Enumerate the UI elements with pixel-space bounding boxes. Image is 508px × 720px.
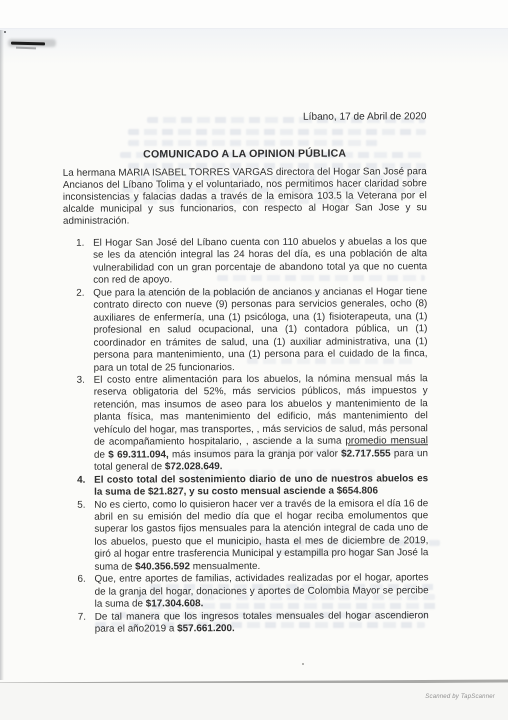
item-number: 6.	[78, 574, 95, 611]
dust-speck	[302, 663, 304, 665]
intro-paragraph: La hermana MARIA ISABEL TORRES VARGAS di…	[63, 166, 427, 228]
list-item: 2. Que para la atención de la población …	[76, 286, 427, 375]
item-text: De tal manera que los ingresos totales m…	[95, 610, 429, 636]
list-item: 1. El Hogar San José del Líbano cuenta c…	[76, 236, 427, 287]
paper-top-edge	[0, 0, 508, 29]
item-number: 7.	[78, 611, 95, 636]
item-number: 5.	[77, 499, 94, 574]
item-text: El costo entre alimentación para los abu…	[94, 373, 428, 474]
scan-background: Scanned by TapScanner	[0, 683, 508, 720]
paper-left-edge	[0, 30, 4, 680]
date-line: Líbano, 17 de Abril de 2020	[62, 111, 426, 124]
item-text: El Hogar San José del Líbano cuenta con …	[93, 236, 427, 287]
document-title: COMUNICADO A LA OPINION PÚBLICA	[63, 147, 427, 161]
list-item: 6. Que, entre aportes de familias, activ…	[78, 572, 429, 611]
item-text: El costo total del sostenimiento diario …	[94, 473, 428, 499]
item-number: 2.	[76, 288, 93, 375]
bleed-through-line	[128, 140, 378, 146]
ink-dot	[4, 31, 6, 33]
item-number: 4.	[77, 474, 94, 499]
scan-shading	[0, 28, 508, 64]
list-item: 4. El costo total del sostenimiento diar…	[77, 473, 428, 499]
item-text: Que para la atención de la población de …	[93, 286, 427, 375]
list-item: 7. De tal manera que los ingresos totale…	[78, 610, 429, 636]
item-text: No es cierto, como lo quisieron hacer ve…	[94, 498, 428, 574]
list-item: 5. No es cierto, como lo quisieron hacer…	[77, 498, 428, 574]
numbered-list: 1. El Hogar San José del Líbano cuenta c…	[76, 236, 429, 636]
item-number: 1.	[76, 238, 93, 288]
list-item: 3. El costo entre alimentación para los …	[77, 373, 428, 474]
item-text: Que, entre aportes de familias, activida…	[95, 572, 429, 611]
bleed-through-line	[128, 129, 426, 135]
scanned-document-page: Líbano, 17 de Abril de 2020 COMUNICADO A…	[0, 0, 508, 720]
item-number: 3.	[77, 375, 94, 475]
scanner-watermark: Scanned by TapScanner	[425, 694, 495, 700]
